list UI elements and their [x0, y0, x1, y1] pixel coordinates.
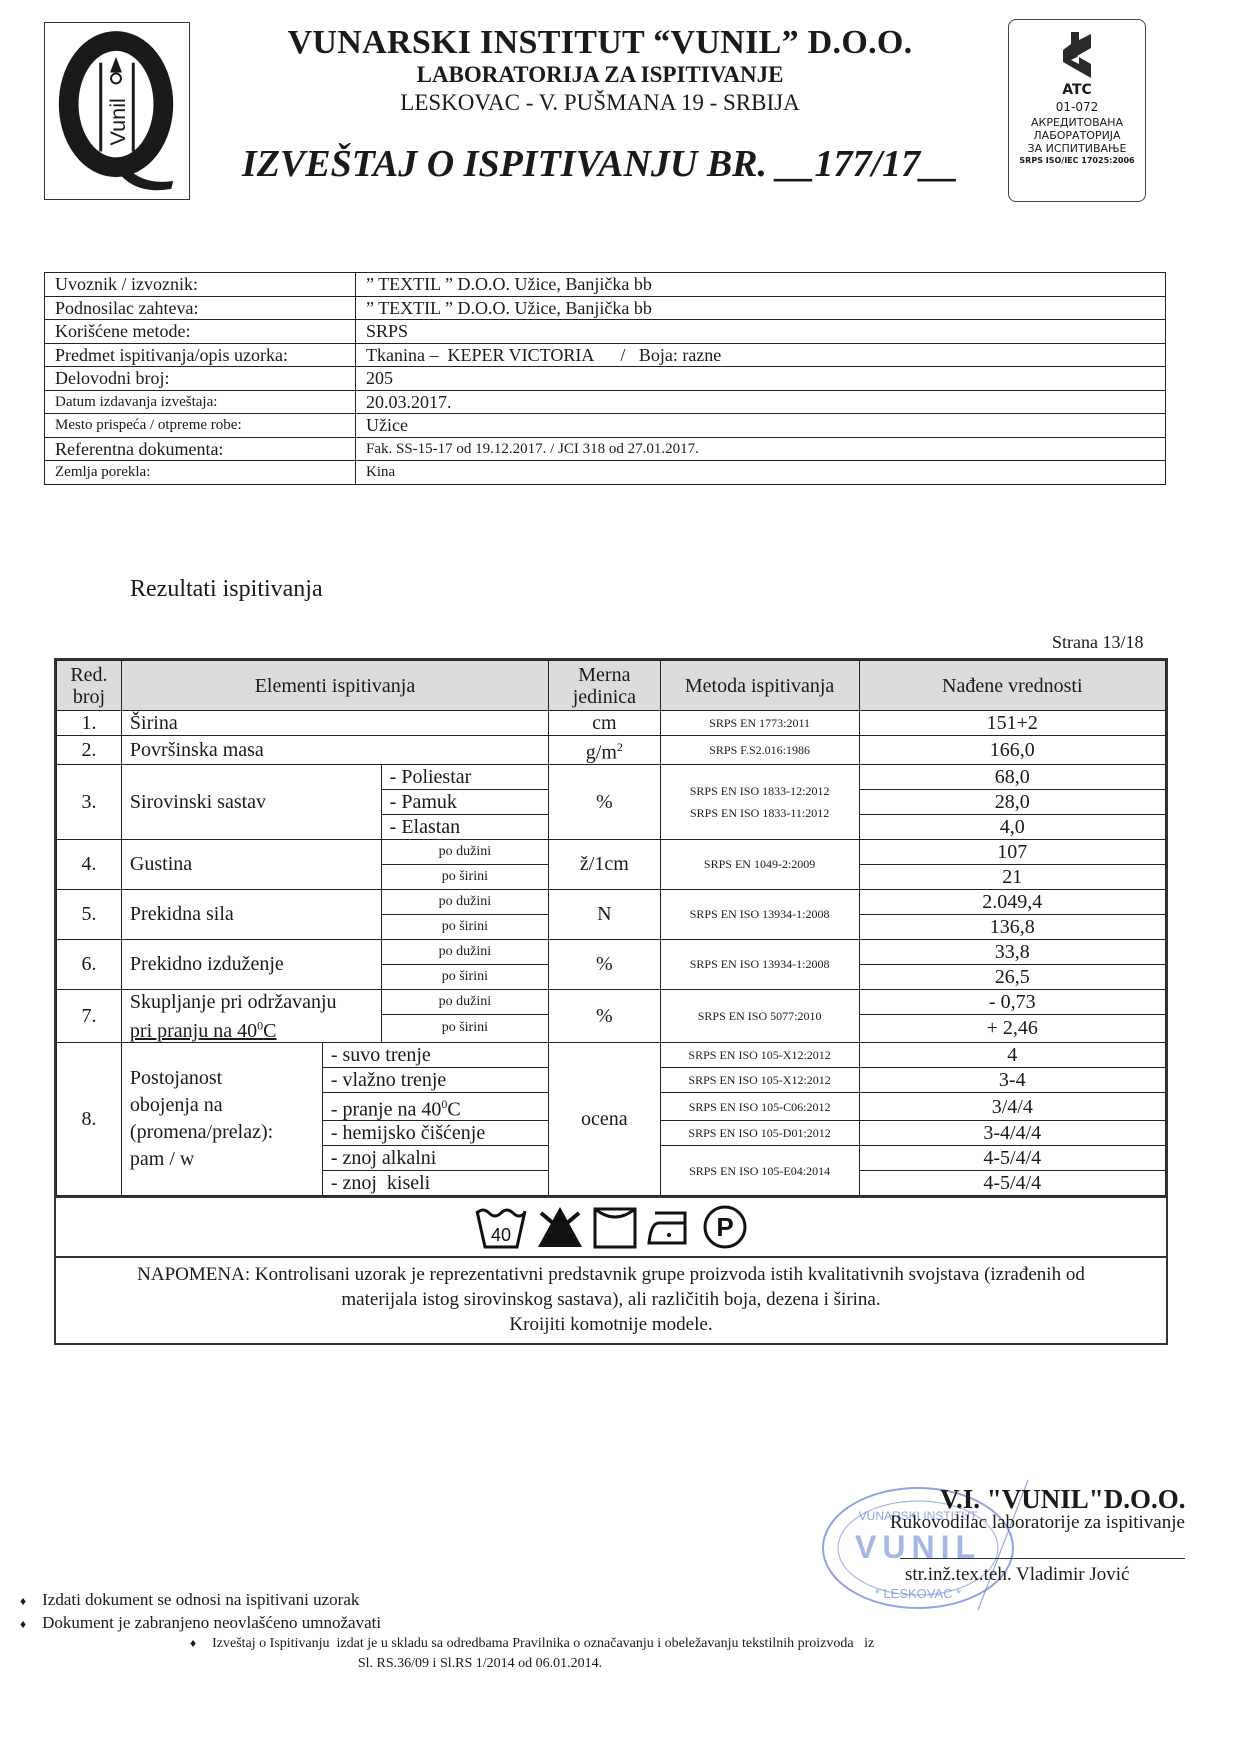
row-method: SRPS EN ISO 105-E04:2014 [660, 1146, 859, 1196]
row-no: 4. [57, 839, 122, 889]
sub-element: - znoj alkalni [322, 1146, 548, 1171]
element-line: pam / w [130, 1146, 314, 1173]
col-header-no: Red. broj [57, 661, 122, 711]
footer-item: ♦Izveštaj o Ispitivanju izdat je u sklad… [190, 1636, 874, 1652]
row-value: 4-5/4/4 [859, 1146, 1165, 1171]
note-line: Kroijiti komotnije modele. [76, 1312, 1146, 1337]
row-no: 3. [57, 764, 122, 839]
table-row: 8. Postojanost obojenja na (promena/prel… [57, 1042, 1166, 1067]
info-value: 20.03.2017. [356, 390, 1166, 414]
page-number: Strana 13/18 [1052, 632, 1144, 653]
footer-text: Dokument je zabranjeno neovlašćeno umnož… [42, 1613, 381, 1632]
info-label: Referentna dokumenta: [45, 437, 356, 461]
info-value: ” TEXTIL ” D.O.O. Užice, Banjička bb [356, 273, 1166, 297]
col-header-element: Elementi ispitivanja [121, 661, 548, 711]
atc-number: 01-072 [1009, 98, 1145, 116]
info-label: Podnosilac zahteva: [45, 296, 356, 320]
iron-low-icon [645, 1203, 695, 1251]
row-method: SRPS F.S2.016:1986 [660, 736, 859, 765]
institute-name: VUNARSKI INSTITUT “VUNIL” D.O.O. [200, 24, 1000, 62]
row-value: 2.049,4 [859, 889, 1165, 914]
row-method: SRPS EN 1773:2011 [660, 711, 859, 736]
svg-text:* LESKOVAC *: * LESKOVAC * [875, 1586, 961, 1601]
accreditation-badge: ATC 01-072 АКРЕДИТОВАНА ЛАБОРАТОРИЈА ЗА … [1008, 19, 1146, 202]
row-value: 3-4/4/4 [859, 1121, 1165, 1146]
element-part: pri pranju na 40 [130, 1020, 257, 1042]
unit-sup: 2 [617, 740, 623, 754]
row-value: 151+2 [859, 711, 1165, 736]
col-header-unit: Merna jedinica [549, 661, 661, 711]
row-value: 4-5/4/4 [859, 1171, 1165, 1196]
direction-label: po širini [381, 914, 548, 939]
row-method: SRPS EN ISO 105-X12:2012 [660, 1042, 859, 1067]
info-row: Podnosilac zahteva:” TEXTIL ” D.O.O. Uži… [45, 296, 1166, 320]
row-element: Gustina [121, 839, 381, 889]
row-value: 136,8 [859, 914, 1165, 939]
info-label: Uvoznik / izvoznik: [45, 273, 356, 297]
row-unit: cm [549, 711, 661, 736]
note-line: materijala istog sirovinskog sastava), a… [76, 1287, 1146, 1312]
svg-text:40: 40 [491, 1225, 511, 1245]
info-label: Datum izdavanja izveštaja: [45, 390, 356, 414]
sub-element: - hemijsko čišćenje [322, 1121, 548, 1146]
sub-element: - Pamuk [381, 789, 548, 814]
dry-clean-p-icon: P [701, 1203, 749, 1251]
results-table-frame: Red. broj Elementi ispitivanja Merna jed… [54, 658, 1168, 1345]
results-table: Red. broj Elementi ispitivanja Merna jed… [56, 660, 1166, 1196]
header-row: Red. broj Elementi ispitivanja Merna jed… [57, 661, 1166, 711]
row-no: 2. [57, 736, 122, 765]
atc-code: ATC [1009, 82, 1145, 98]
info-label: Zemlja porekla: [45, 461, 356, 485]
q-logo-icon: Vunil [45, 23, 189, 199]
sub-element: - pranje na 400C [322, 1092, 548, 1121]
table-row: 1. Širina cm SRPS EN 1773:2011 151+2 [57, 711, 1166, 736]
signature-role: Rukovodilac laboratorije za ispitivanje [890, 1512, 1185, 1534]
row-value: 3/4/4 [859, 1092, 1165, 1121]
row-method: SRPS EN ISO 105-D01:2012 [660, 1121, 859, 1146]
row-method: SRPS EN ISO 13934-1:2008 [660, 939, 859, 989]
table-row: 6. Prekidno izduženje po dužini % SRPS E… [57, 939, 1166, 964]
row-no: 1. [57, 711, 122, 736]
sub-text: - pranje na 40 [331, 1098, 442, 1120]
signature-line [900, 1558, 1185, 1559]
row-value: 21 [859, 864, 1165, 889]
direction-label: po dužini [381, 939, 548, 964]
row-value: 26,5 [859, 964, 1165, 989]
atc-line-2: ЛАБОРАТОРИЈА [1009, 129, 1145, 142]
sub-element: - Elastan [381, 814, 548, 839]
row-value: 166,0 [859, 736, 1165, 765]
row-no: 5. [57, 889, 122, 939]
direction-label: po dužini [381, 839, 548, 864]
info-row: Zemlja porekla:Kina [45, 461, 1166, 485]
sub-text: C [447, 1098, 460, 1120]
info-value: 205 [356, 367, 1166, 391]
row-value: 28,0 [859, 789, 1165, 814]
row-unit: % [549, 989, 661, 1042]
info-row: Datum izdavanja izveštaja:20.03.2017. [45, 390, 1166, 414]
note-line: NAPOMENA: Kontrolisani uzorak je repreze… [76, 1262, 1146, 1287]
method-line: SRPS EN ISO 1833-11:2012 [669, 802, 851, 824]
info-value: ” TEXTIL ” D.O.O. Užice, Banjička bb [356, 296, 1166, 320]
row-unit: ž/1cm [549, 839, 661, 889]
footer-regulation: Sl. RS.36/09 i Sl.RS 1/2014 od 06.01.201… [0, 1656, 960, 1672]
svg-text:VUNIL: VUNIL [855, 1529, 981, 1565]
element-line: obojenja na [130, 1092, 314, 1119]
info-row: Predmet ispitivanja/opis uzorka:Tkanina … [45, 343, 1166, 367]
table-row: 3. Sirovinski sastav - Poliestar % SRPS … [57, 764, 1166, 789]
atc-chevron-icon [1057, 30, 1097, 80]
info-row: Korišćene metode:SRPS [45, 320, 1166, 344]
row-element: Postojanost obojenja na (promena/prelaz)… [121, 1042, 322, 1196]
atc-line-1: АКРЕДИТОВАНА [1009, 116, 1145, 129]
direction-label: po dužini [381, 889, 548, 914]
footer-item: ♦Dokument je zabranjeno neovlašćeno umno… [20, 1613, 381, 1633]
row-element: Skupljanje pri održavanju [121, 989, 381, 1014]
info-label: Predmet ispitivanja/opis uzorka: [45, 343, 356, 367]
row-method: SRPS EN ISO 13934-1:2008 [660, 889, 859, 939]
element-line: Postojanost [130, 1065, 314, 1092]
signature-company: V.I. "VUNIL"D.O.O. [940, 1484, 1186, 1515]
row-value: - 0,73 [859, 989, 1165, 1014]
row-no: 7. [57, 989, 122, 1042]
vunil-q-logo: Vunil [44, 22, 190, 200]
lab-name: LABORATORIJA ZA ISPITIVANJE [200, 62, 1000, 88]
row-element: Prekidna sila [121, 889, 381, 939]
row-value: + 2,46 [859, 1014, 1165, 1042]
signature-name: str.inž.tex.teh. Vladimir Jović [905, 1564, 1129, 1586]
row-value: 4 [859, 1042, 1165, 1067]
row-element: Širina [121, 711, 548, 736]
results-title: Rezultati ispitivanja [130, 576, 323, 603]
info-row: Referentna dokumenta:Fak. SS-15-17 od 19… [45, 437, 1166, 461]
row-method: SRPS EN ISO 1833-12:2012SRPS EN ISO 1833… [660, 764, 859, 839]
row-value: 4,0 [859, 814, 1165, 839]
info-value: Užice [356, 414, 1166, 438]
atc-standard: SRPS ISO/IEC 17025:2006 [1009, 155, 1145, 167]
unit-text: g/m [586, 742, 617, 764]
table-row: 4. Gustina po dužini ž/1cm SRPS EN 1049-… [57, 839, 1166, 864]
info-row: Uvoznik / izvoznik:” TEXTIL ” D.O.O. Uži… [45, 273, 1166, 297]
row-method: SRPS EN 1049-2:2009 [660, 839, 859, 889]
row-unit: % [549, 764, 661, 839]
row-no: 6. [57, 939, 122, 989]
direction-label: po širini [381, 964, 548, 989]
row-unit: g/m2 [549, 736, 661, 765]
table-row: 2. Površinska masa g/m2 SRPS F.S2.016:19… [57, 736, 1166, 765]
note-block: NAPOMENA: Kontrolisani uzorak je repreze… [56, 1256, 1166, 1343]
method-line: SRPS EN ISO 1833-12:2012 [669, 780, 851, 802]
row-value: 68,0 [859, 764, 1165, 789]
footer-item: ♦Izdati dokument se odnosi na ispitivani… [20, 1590, 359, 1610]
info-value: Kina [356, 461, 1166, 485]
row-value: 3-4 [859, 1067, 1165, 1092]
info-value: SRPS [356, 320, 1166, 344]
tumble-dry-not-icon [591, 1203, 639, 1251]
report-title: IZVEŠTAJ O ISPITIVANJU BR. __177/17__ [200, 142, 1000, 186]
col-header-value: Nađene vrednosti [859, 661, 1165, 711]
diamond-bullet-icon: ♦ [20, 1617, 26, 1631]
table-row: 7. Skupljanje pri održavanju po dužini %… [57, 989, 1166, 1014]
col-header-method: Metoda ispitivanja [660, 661, 859, 711]
direction-label: po širini [381, 864, 548, 889]
sample-info-table: Uvoznik / izvoznik:” TEXTIL ” D.O.O. Uži… [44, 272, 1166, 485]
wash-40-icon: 40 [473, 1203, 529, 1251]
diamond-bullet-icon: ♦ [20, 1594, 26, 1608]
row-unit: % [549, 939, 661, 989]
row-unit: N [549, 889, 661, 939]
svg-text:P: P [716, 1212, 733, 1242]
row-element: Prekidno izduženje [121, 939, 381, 989]
row-unit: ocena [549, 1042, 661, 1196]
direction-label: po dužini [381, 989, 548, 1014]
info-value: Fak. SS-15-17 od 19.12.2017. / JCI 318 o… [356, 437, 1166, 461]
element-part: C [263, 1020, 276, 1042]
info-row: Mesto prispeća / otpreme robe:Užice [45, 414, 1166, 438]
footer-text: Izveštaj o Ispitivanju izdat je u skladu… [212, 1636, 874, 1651]
element-text: pri pranju na 400C [130, 1020, 277, 1042]
row-method: SRPS EN ISO 5077:2010 [660, 989, 859, 1042]
direction-label: po širini [381, 1014, 548, 1042]
no-bleach-icon [535, 1203, 585, 1251]
element-line: (promena/prelaz): [130, 1119, 314, 1146]
footer-text: Izdati dokument se odnosi na ispitivani … [42, 1590, 359, 1609]
sub-element: - suvo trenje [322, 1042, 548, 1067]
info-label: Korišćene metode: [45, 320, 356, 344]
atc-line-3: ЗА ИСПИТИВАЊЕ [1009, 142, 1145, 155]
row-no: 8. [57, 1042, 122, 1196]
sub-element: - znoj kiseli [322, 1171, 548, 1196]
info-label: Delovodni broj: [45, 367, 356, 391]
table-row: 5. Prekidna sila po dužini N SRPS EN ISO… [57, 889, 1166, 914]
info-row: Delovodni broj:205 [45, 367, 1166, 391]
row-value: 33,8 [859, 939, 1165, 964]
info-label: Mesto prispeća / otpreme robe: [45, 414, 356, 438]
sub-element: - vlažno trenje [322, 1067, 548, 1092]
care-symbols: 40 P [56, 1196, 1166, 1256]
row-element-cont: pri pranju na 400C [121, 1014, 381, 1042]
address: LESKOVAC - V. PUŠMANA 19 - SRBIJA [200, 90, 1000, 116]
diamond-bullet-icon: ♦ [190, 1636, 196, 1650]
svg-text:Vunil: Vunil [105, 98, 130, 145]
row-method: SRPS EN ISO 105-C06:2012 [660, 1092, 859, 1121]
row-value: 107 [859, 839, 1165, 864]
row-element: Površinska masa [121, 736, 548, 765]
info-value: Tkanina – KEPER VICTORIA / Boja: razne [356, 343, 1166, 367]
row-element: Sirovinski sastav [121, 764, 381, 839]
row-method: SRPS EN ISO 105-X12:2012 [660, 1067, 859, 1092]
sub-element: - Poliestar [381, 764, 548, 789]
